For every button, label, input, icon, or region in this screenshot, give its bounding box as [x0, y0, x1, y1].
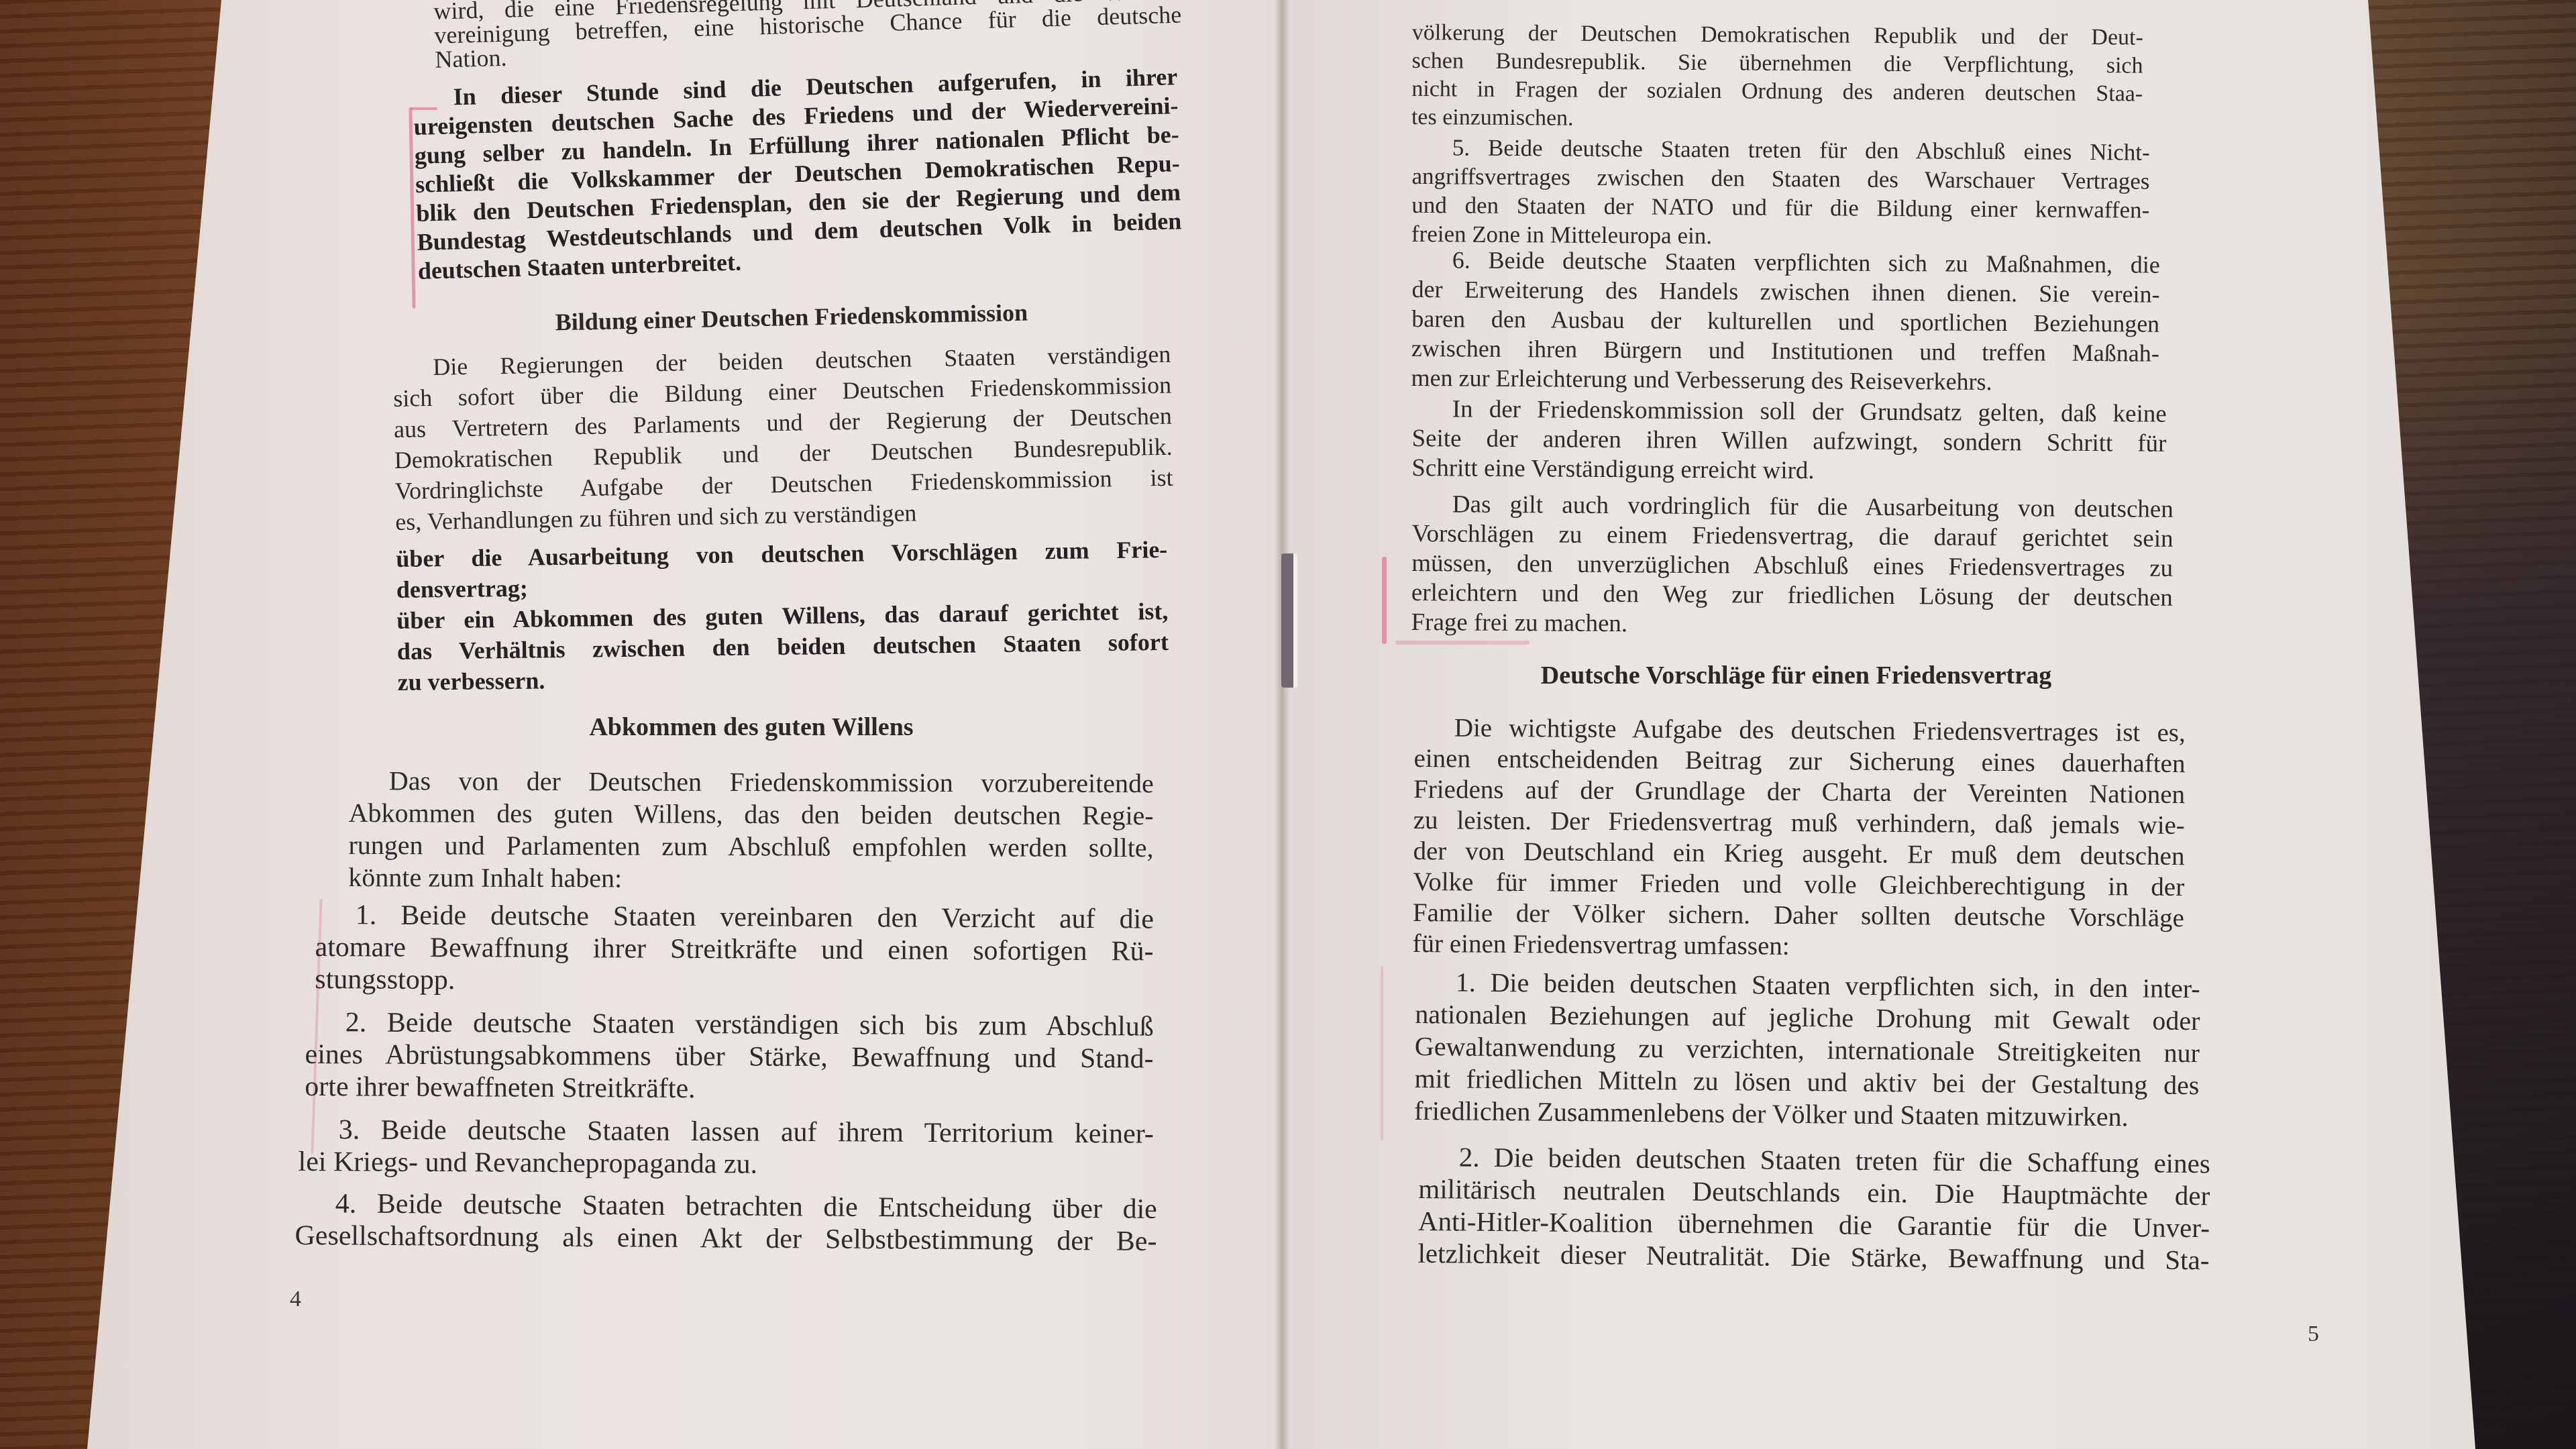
list-item: 1. Beide deutsche Staaten vereinbaren de…: [315, 899, 1154, 1000]
text-line: zu leisten. Der Friedensvertrag muß verh…: [1413, 805, 2185, 841]
text-line: Frage frei zu machen.: [1411, 608, 2172, 643]
page-number: 4: [290, 1287, 301, 1312]
text-line: der Erweiterung des Handels zwischen ihn…: [1411, 274, 2159, 309]
paragraph: Das von der Deutschen Friedenskommission…: [348, 765, 1154, 896]
section-heading: Bildung einer Deutschen Friedenskommissi…: [402, 297, 1181, 337]
section-heading: Deutsche Vorschläge für einen Friedensve…: [1412, 663, 2180, 688]
spine-tear: [1281, 553, 1297, 688]
text-line: und den Staaten der NATO und für die Bil…: [1411, 191, 2149, 225]
text-line: orte ihrer bewaffneten Streitkräfte.: [305, 1071, 1153, 1108]
text-line: 2. Beide deutsche Staaten verständigen s…: [305, 1006, 1154, 1043]
text-line: men zur Erleichterung und Verbesserung d…: [1411, 363, 2159, 398]
paragraph: Die wichtigste Aufgabe des deutschen Fri…: [1412, 712, 2186, 965]
text-line: eines Abrüstungsabkommens über Stärke, B…: [305, 1038, 1153, 1075]
page-number: 5: [2308, 1322, 2319, 1347]
section-heading: Abkommen des guten Willens: [362, 714, 1140, 740]
text-line: stungsstopp.: [315, 963, 1153, 1000]
list-item: 4. Beide deutsche Staaten betrachten die…: [294, 1187, 1157, 1258]
red-margin-mark: [1381, 966, 1383, 1140]
text-line: angriffsvertrages zwischen den Staaten d…: [1411, 162, 2149, 196]
paragraph: wird, die eine Friedensregelung mit Deut…: [402, 0, 1183, 72]
text-line: rungen und Parlamenten zum Abschluß empf…: [348, 829, 1153, 864]
text-line: friedlichen Zusammenlebens der Völker un…: [1414, 1095, 2199, 1134]
book-gutter: [1275, 0, 1289, 1449]
red-margin-mark: [1382, 557, 1387, 644]
text-line: Familie der Völker sichern. Daher sollte…: [1413, 898, 2184, 934]
paragraph: Das gilt auch vordringlich für die Ausar…: [1411, 490, 2173, 643]
bold-paragraph: über die Ausarbeitung von deutschen Vors…: [396, 534, 1169, 698]
text-line: Das von der Deutschen Friedenskommission…: [349, 765, 1154, 800]
text-line: Gesellschaftsordnung als einen Akt der S…: [294, 1220, 1157, 1258]
bold-paragraph: In dieser Stunde sind die Deutschen aufg…: [413, 62, 1183, 286]
text-line: letzlichkeit dieser Neutralität. Die Stä…: [1417, 1237, 2209, 1276]
text-line: atomare Bewaffnung ihrer Streitkräfte un…: [315, 931, 1153, 968]
text-line: baren den Ausbau der kulturellen und spo…: [1411, 304, 2159, 339]
text-line: könnte zum Inhalt haben:: [348, 861, 1153, 896]
text-line: Schritt eine Verständigung erreicht wird…: [1411, 453, 2166, 488]
text-line: Abkommen des guten Willens, das den beid…: [349, 797, 1154, 832]
text-line: 5. Beide deutsche Staaten treten für den…: [1412, 133, 2150, 167]
list-item: 2. Die beiden deutschen Staaten treten f…: [1417, 1140, 2210, 1276]
text-line: für einen Friedensvertrag umfassen:: [1412, 928, 2184, 965]
text-line: der von Deutschland ein Krieg ausgeht. E…: [1413, 836, 2184, 872]
paragraph: völkerung der Deutschen Demokratischen R…: [1411, 19, 2143, 137]
text-line: Friedens auf der Grundlage der Charta de…: [1413, 774, 2185, 810]
list-item: 6. Beide deutsche Staaten verpflichten s…: [1411, 245, 2160, 398]
text-line: 3. Beide deutsche Staaten lassen auf ihr…: [299, 1114, 1154, 1150]
left-page: wird, die eine Friedensregelung mit Deut…: [0, 0, 1281, 1449]
list-item: 2. Beide deutsche Staaten verständigen s…: [305, 1006, 1154, 1108]
text-line: Das gilt auch vordringlich für die Ausar…: [1412, 490, 2173, 525]
list-item: 3. Beide deutsche Staaten lassen auf ihr…: [298, 1114, 1153, 1183]
text-line: Vorschlägen zu einem Friedensvertrag, di…: [1411, 519, 2173, 554]
list-item: 1. Die beiden deutschen Staaten verpflic…: [1414, 966, 2200, 1134]
list-item: 5. Beide deutsche Staaten treten für den…: [1411, 133, 2150, 254]
text-line: In der Friedenskommission soll der Grund…: [1412, 394, 2167, 429]
text-line: einen entscheidenden Beitrag zur Sicheru…: [1413, 743, 2185, 780]
paragraph: Die Regierungen der beiden deutschen Sta…: [392, 339, 1174, 537]
text-line: zwischen ihren Bürgern und Institutionen…: [1411, 333, 2159, 368]
text-line: 6. Beide deutsche Staaten verpflichten s…: [1412, 245, 2160, 280]
red-margin-mark: [1395, 641, 1529, 645]
text-line: Die wichtigste Aufgabe des deutschen Fri…: [1414, 712, 2186, 749]
right-page: völkerung der Deutschen Demokratischen R…: [1281, 0, 2576, 1449]
text-line: müssen, den unverzüglichen Abschluß eine…: [1411, 549, 2173, 584]
text-line: tes einzumischen.: [1411, 103, 2143, 137]
text-line: 1. Beide deutsche Staaten vereinbaren de…: [315, 899, 1154, 936]
text-line: Volke für immer Frieden und volle Gleich…: [1413, 867, 2184, 903]
text-line: erleichtern und den Weg zur friedlichen …: [1411, 578, 2173, 613]
text-line: lei Kriegs- und Revanchepropaganda zu.: [298, 1146, 1153, 1183]
text-line: Seite der anderen ihren Willen aufzwingt…: [1411, 424, 2166, 459]
paragraph: In der Friedenskommission soll der Grund…: [1411, 394, 2167, 488]
